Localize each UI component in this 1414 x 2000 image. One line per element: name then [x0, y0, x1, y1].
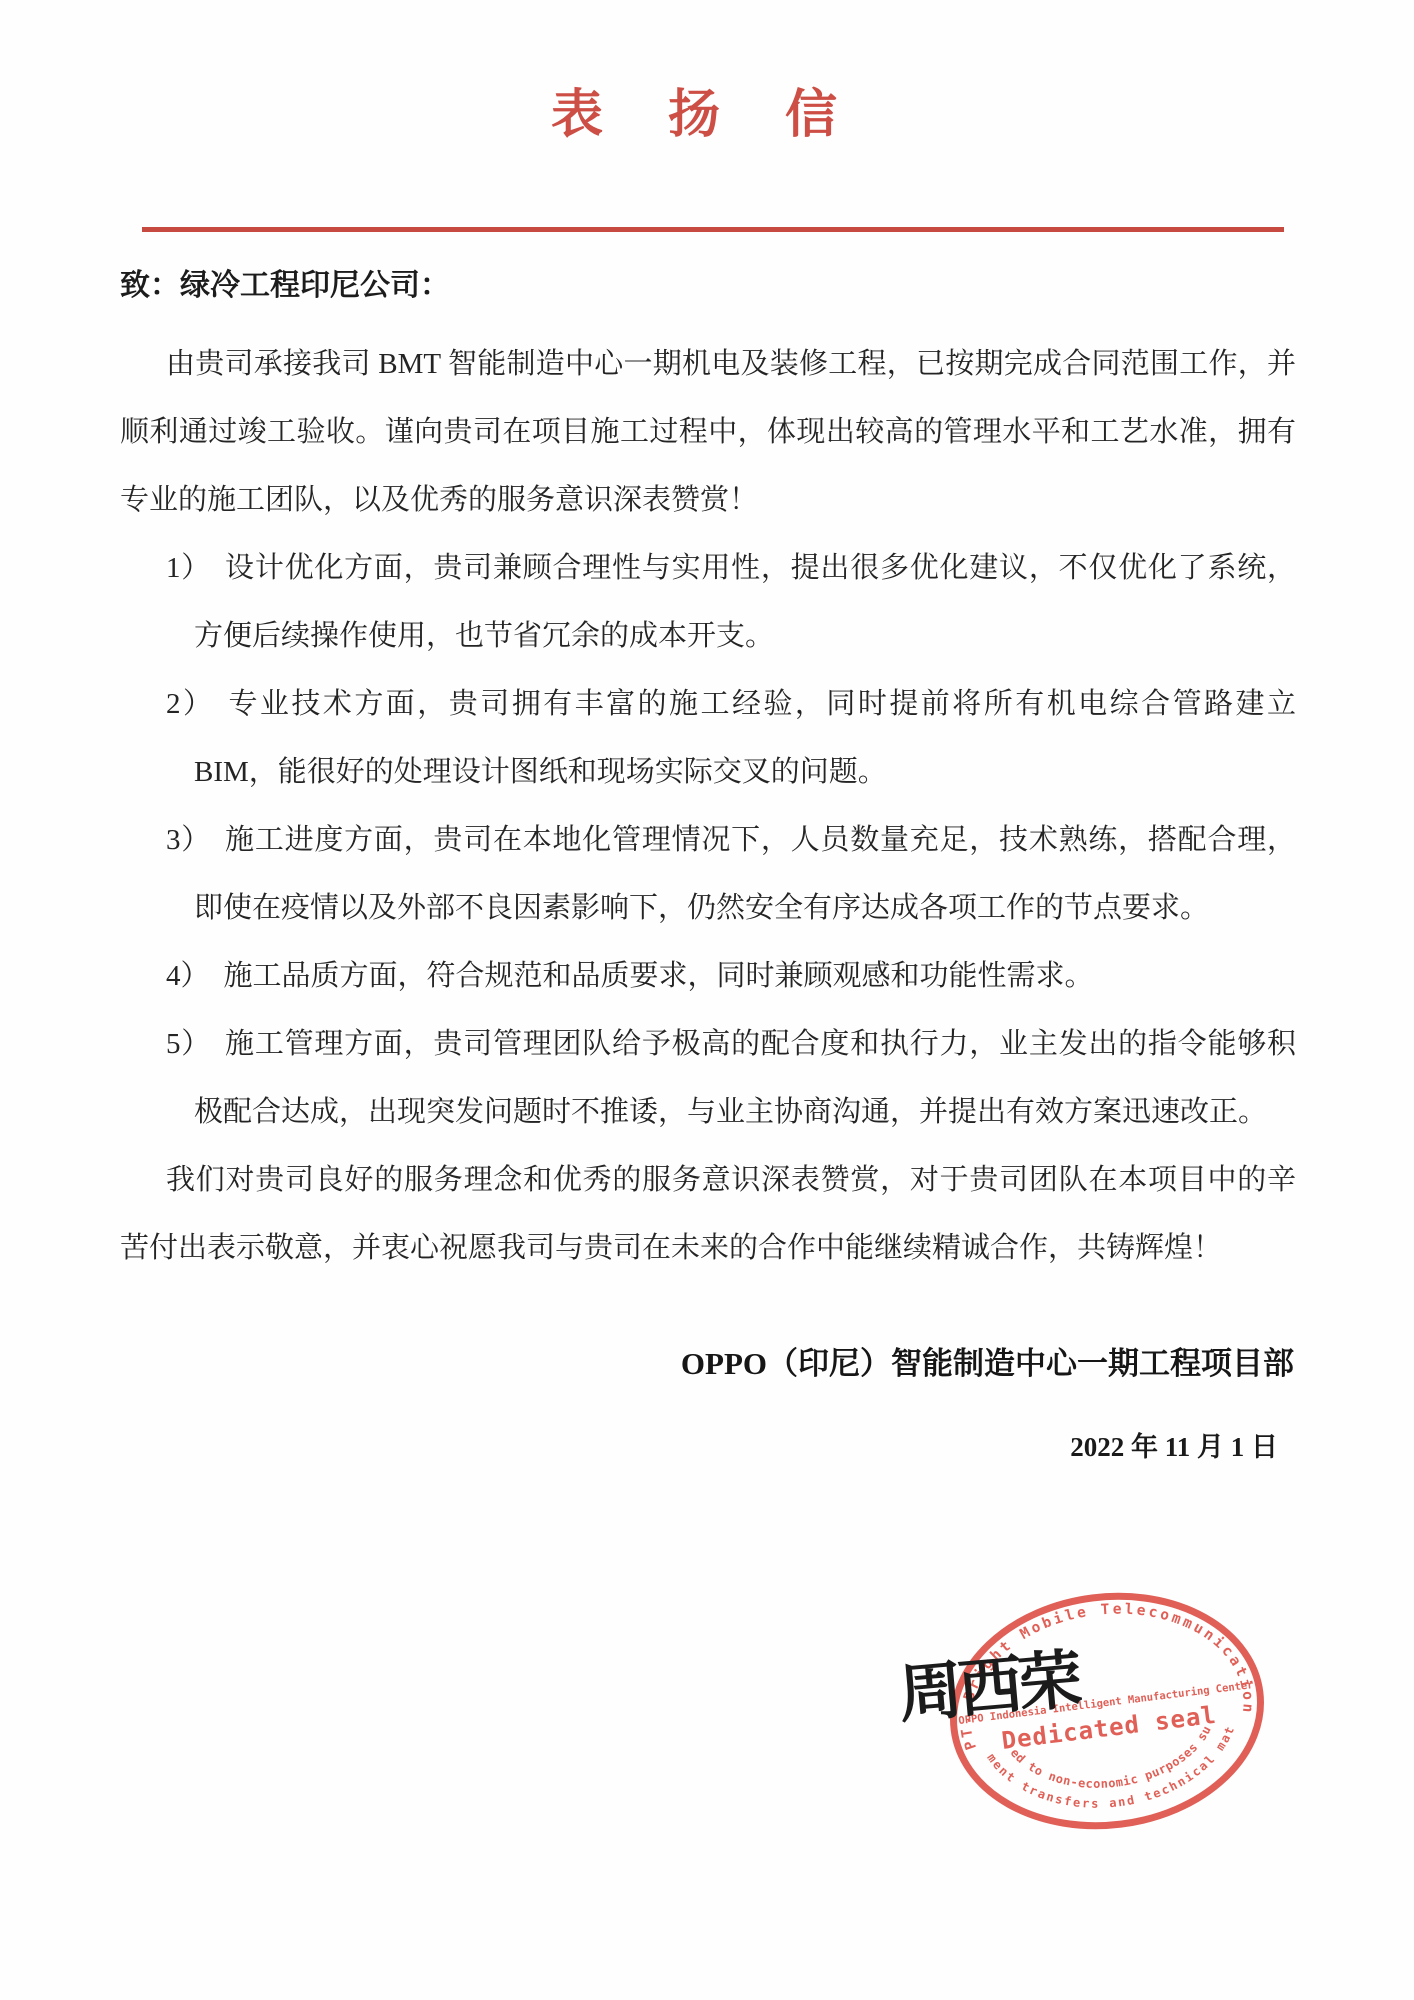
list-item-text: 专业技术方面，贵司拥有丰富的施工经验，同时提前将所有机电综合管路建立 BIM，能… [194, 688, 1296, 788]
commendation-letter-page: 表 扬 信 致：绿冷工程印尼公司： 由贵司承接我司 BMT 智能制造中心一期机电… [0, 0, 1414, 2000]
list-item-number: 2） [166, 688, 228, 720]
list-item-text: 施工进度方面，贵司在本地化管理情况下，人员数量充足，技术熟练，搭配合理，即使在疫… [194, 824, 1296, 924]
list-item: 2）专业技术方面，贵司拥有丰富的施工经验，同时提前将所有机电综合管路建立 BIM… [120, 670, 1296, 806]
list-item-text: 施工品质方面，符合规范和品质要求，同时兼顾观感和功能性需求。 [224, 960, 1094, 992]
list-item-text: 施工管理方面，贵司管理团队给予极高的配合度和执行力，业主发出的指令能够积极配合达… [194, 1028, 1296, 1128]
closing-paragraph: 我们对贵司良好的服务理念和优秀的服务意识深表赞赏，对于贵司团队在本项目中的辛苦付… [120, 1146, 1296, 1282]
list-item: 3）施工进度方面，贵司在本地化管理情况下，人员数量充足，技术熟练，搭配合理，即使… [120, 806, 1296, 942]
date-line: 2022 年 11 月 1 日 [0, 1425, 1278, 1464]
list-item-number: 5） [166, 1028, 225, 1060]
list-item: 4）施工品质方面，符合规范和品质要求，同时兼顾观感和功能性需求。 [120, 942, 1296, 1010]
handwritten-signature: 周西荣 [894, 1628, 1081, 1735]
intro-paragraph: 由贵司承接我司 BMT 智能制造中心一期机电及装修工程，已按期完成合同范围工作，… [120, 330, 1296, 534]
signature-line: OPPO（印尼）智能制造中心一期工程项目部 [0, 1338, 1294, 1383]
list-item-number: 4） [166, 960, 224, 992]
list-item: 1）设计优化方面，贵司兼顾合理性与实用性，提出很多优化建议，不仅优化了系统，方便… [120, 534, 1296, 670]
title-divider-rule [142, 227, 1284, 232]
recipient-line: 致：绿冷工程印尼公司： [120, 260, 1294, 304]
list-item-number: 3） [166, 824, 225, 856]
list-item-number: 1） [166, 552, 225, 584]
list-item: 5）施工管理方面，贵司管理团队给予极高的配合度和执行力，业主发出的指令能够积极配… [120, 1010, 1296, 1146]
list-item-text: 设计优化方面，贵司兼顾合理性与实用性，提出很多优化建议，不仅优化了系统，方便后续… [194, 552, 1296, 652]
letter-body: 由贵司承接我司 BMT 智能制造中心一期机电及装修工程，已按期完成合同范围工作，… [120, 330, 1296, 1282]
letter-title: 表 扬 信 [0, 0, 1414, 147]
